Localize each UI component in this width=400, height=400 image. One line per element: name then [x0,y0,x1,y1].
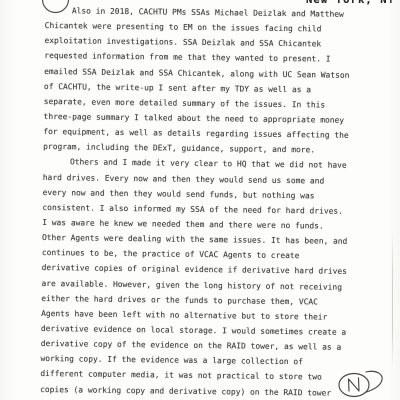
circled-initial-icon [333,366,391,400]
letterhead-location: New York, NY [306,0,395,6]
scan-fold-line [392,230,393,368]
document-body: Also in 2018, CACHTU PMs SSAs Michael De… [40,3,357,400]
paraph-letter-n [349,378,360,391]
scanned-document-page: New York, NY Also in 2018, CACHTU PMs SS… [0,0,400,400]
